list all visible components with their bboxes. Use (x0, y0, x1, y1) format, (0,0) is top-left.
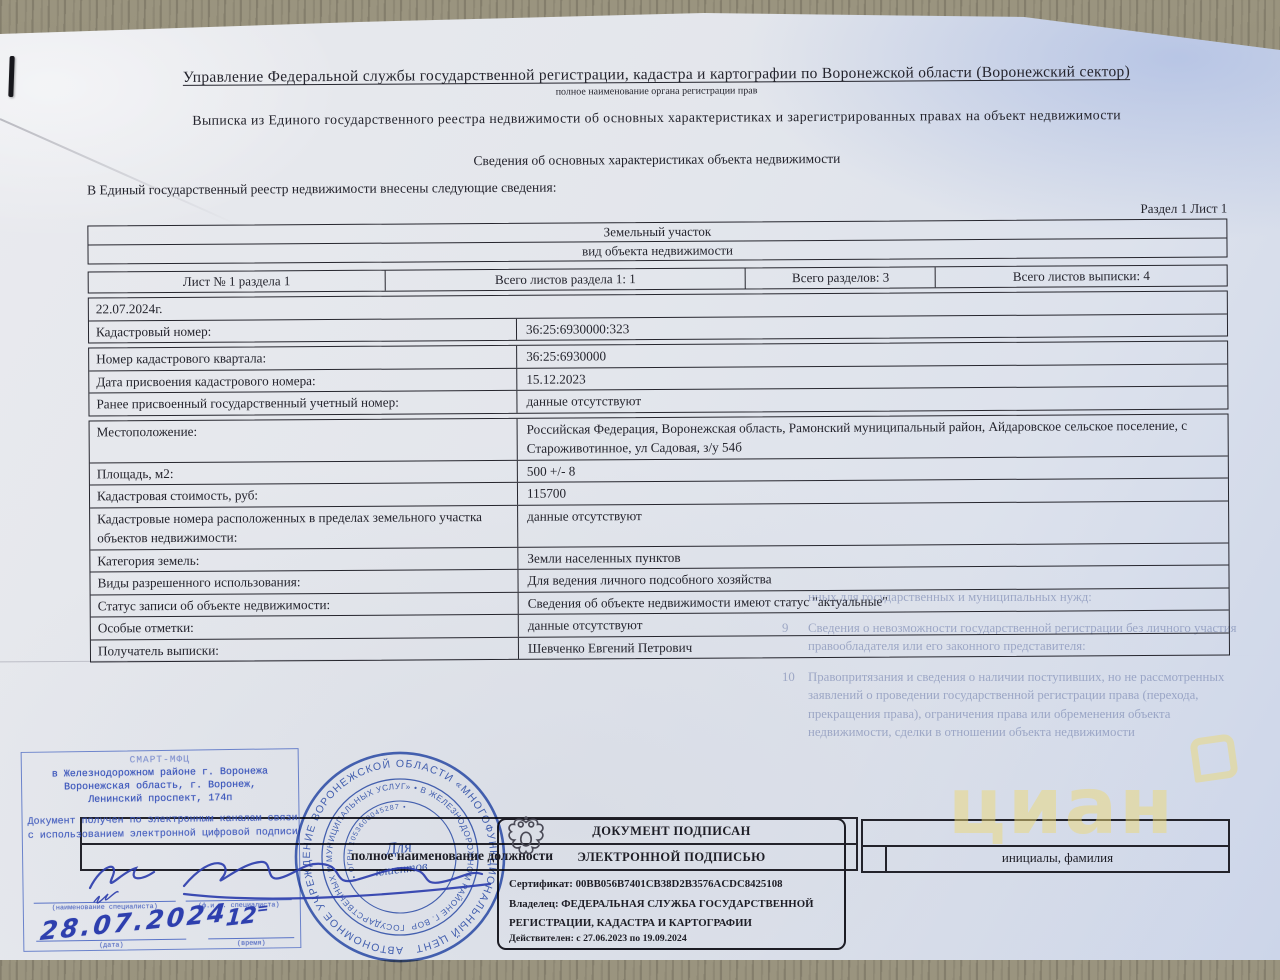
row-value: 36:25:6930000 (517, 342, 1227, 368)
esign-validity: Действителен: с 27.06.2023 по 19.09.2024 (509, 933, 687, 944)
name-caption: инициалы, фамилия (893, 850, 1222, 866)
row-label: Кадастровая стоимость, руб: (90, 483, 518, 507)
row-label: Кадастровый номер: (89, 318, 517, 342)
esign-owner-line-1: Владелец: ФЕДЕРАЛЬНАЯ СЛУЖБА ГОСУДАРСТВЕ… (509, 898, 814, 910)
row-value: 115700 (518, 479, 1228, 505)
row-label: Статус записи об объекте недвижимости: (91, 592, 519, 616)
section-title: Сведения об основных характеристиках объ… (87, 149, 1227, 172)
row-value: Российская Федерация, Воронежская област… (518, 414, 1228, 459)
signature-underline-flourish (184, 884, 490, 899)
digital-signature-box: ДОКУМЕНТ ПОДПИСАН ЭЛЕКТРОННОЙ ПОДПИСЬЮ С… (497, 818, 846, 950)
object-type-table: Земельный участок вид объекта недвижимос… (87, 219, 1227, 265)
small-handwritten-note (94, 892, 118, 903)
row-label: Кадастровые номера расположенных в преде… (90, 505, 518, 549)
sheets-table: Лист № 1 раздела 1 Всего листов раздела … (88, 265, 1228, 294)
signature-scribble-1 (90, 867, 154, 888)
row-label: Местоположение: (90, 418, 518, 462)
table-row: Кадастровые номера расположенных в преде… (90, 500, 1228, 549)
handwritten-signatures (58, 836, 528, 928)
esign-header-2: ЭЛЕКТРОННОЙ ПОДПИСЬЮ (499, 850, 844, 865)
row-value: 15.12.2023 (517, 364, 1227, 390)
row-value: 500 +/- 8 (518, 456, 1228, 482)
time-caption: (время) (208, 939, 294, 948)
row-value: данные отсутствуют (519, 611, 1229, 637)
row-value: Сведения об объекте недвижимости имеют с… (519, 588, 1229, 614)
document-title: Выписка из Единого государственного реес… (87, 107, 1227, 130)
bleedthrough-line: 10 Правопритязания и сведения о наличии … (782, 668, 1238, 742)
row-value: Шевченко Евгений Петрович (519, 633, 1229, 659)
document-body: Управление Федеральной службы государств… (86, 0, 1230, 662)
mfc-stamp-title: СМАРТ-МФЦ (22, 752, 298, 767)
intro-line: В Единый государственный реестр недвижим… (87, 176, 1227, 199)
details-group-1: 22.07.2024г. Кадастровый номер: 36:25:69… (88, 291, 1228, 344)
esign-owner-line-2: РЕГИСТРАЦИИ, КАДАСТРА И КАРТОГРАФИИ (509, 917, 752, 929)
row-label: Категория земель: (90, 547, 518, 571)
row-label: Особые отметки: (91, 615, 519, 639)
row-label: Получатель выписки: (91, 637, 519, 661)
row-value: Земли населенных пунктов (518, 543, 1228, 569)
sheet-cell: Всего разделов: 3 (745, 267, 935, 288)
esign-certificate: Сертификат: 00BB056B7401CB38D2B3576ACDC8… (509, 878, 783, 890)
row-label: Номер кадастрового квартала: (89, 346, 517, 370)
row-value: 36:25:6930000:323 (517, 314, 1227, 340)
bleedthrough-number: 10 (782, 668, 808, 742)
details-group-2: Номер кадастрового квартала: 36:25:69300… (88, 341, 1228, 416)
row-label: Ранее присвоенный государственный учетны… (89, 391, 517, 415)
row-value: данные отсутствуют (518, 501, 1228, 546)
sheet-cell: Всего листов выписки: 4 (935, 266, 1227, 288)
cian-watermark-text: циан (948, 762, 1175, 852)
row-value: Для ведения личного подсобного хозяйства (518, 566, 1228, 592)
row-label: Виды разрешенного использования: (90, 570, 518, 594)
date-caption: (дата) (36, 941, 186, 951)
sheet-cell: Всего листов раздела 1: 1 (385, 268, 746, 290)
signature-scribble-2 (184, 862, 482, 886)
bleedthrough-line-text: Правопритязания и сведения о наличии пос… (808, 668, 1238, 742)
table-divider (885, 845, 887, 871)
cian-pin-icon (1189, 733, 1239, 783)
details-group-3: Местоположение: Российская Федерация, Во… (89, 413, 1230, 662)
row-label: Дата присвоения кадастрового номера: (89, 368, 517, 392)
row-value: данные отсутствуют (517, 387, 1227, 413)
cian-watermark: циан (948, 762, 1175, 852)
row-label: Площадь, м2: (90, 460, 518, 484)
table-row: Местоположение: Российская Федерация, Во… (90, 414, 1228, 462)
sheet-cell: Лист № 1 раздела 1 (89, 271, 385, 293)
esign-header-1: ДОКУМЕНТ ПОДПИСАН (499, 824, 844, 839)
mfc-stamp-address: Ленинский проспект, 174п (22, 792, 298, 807)
